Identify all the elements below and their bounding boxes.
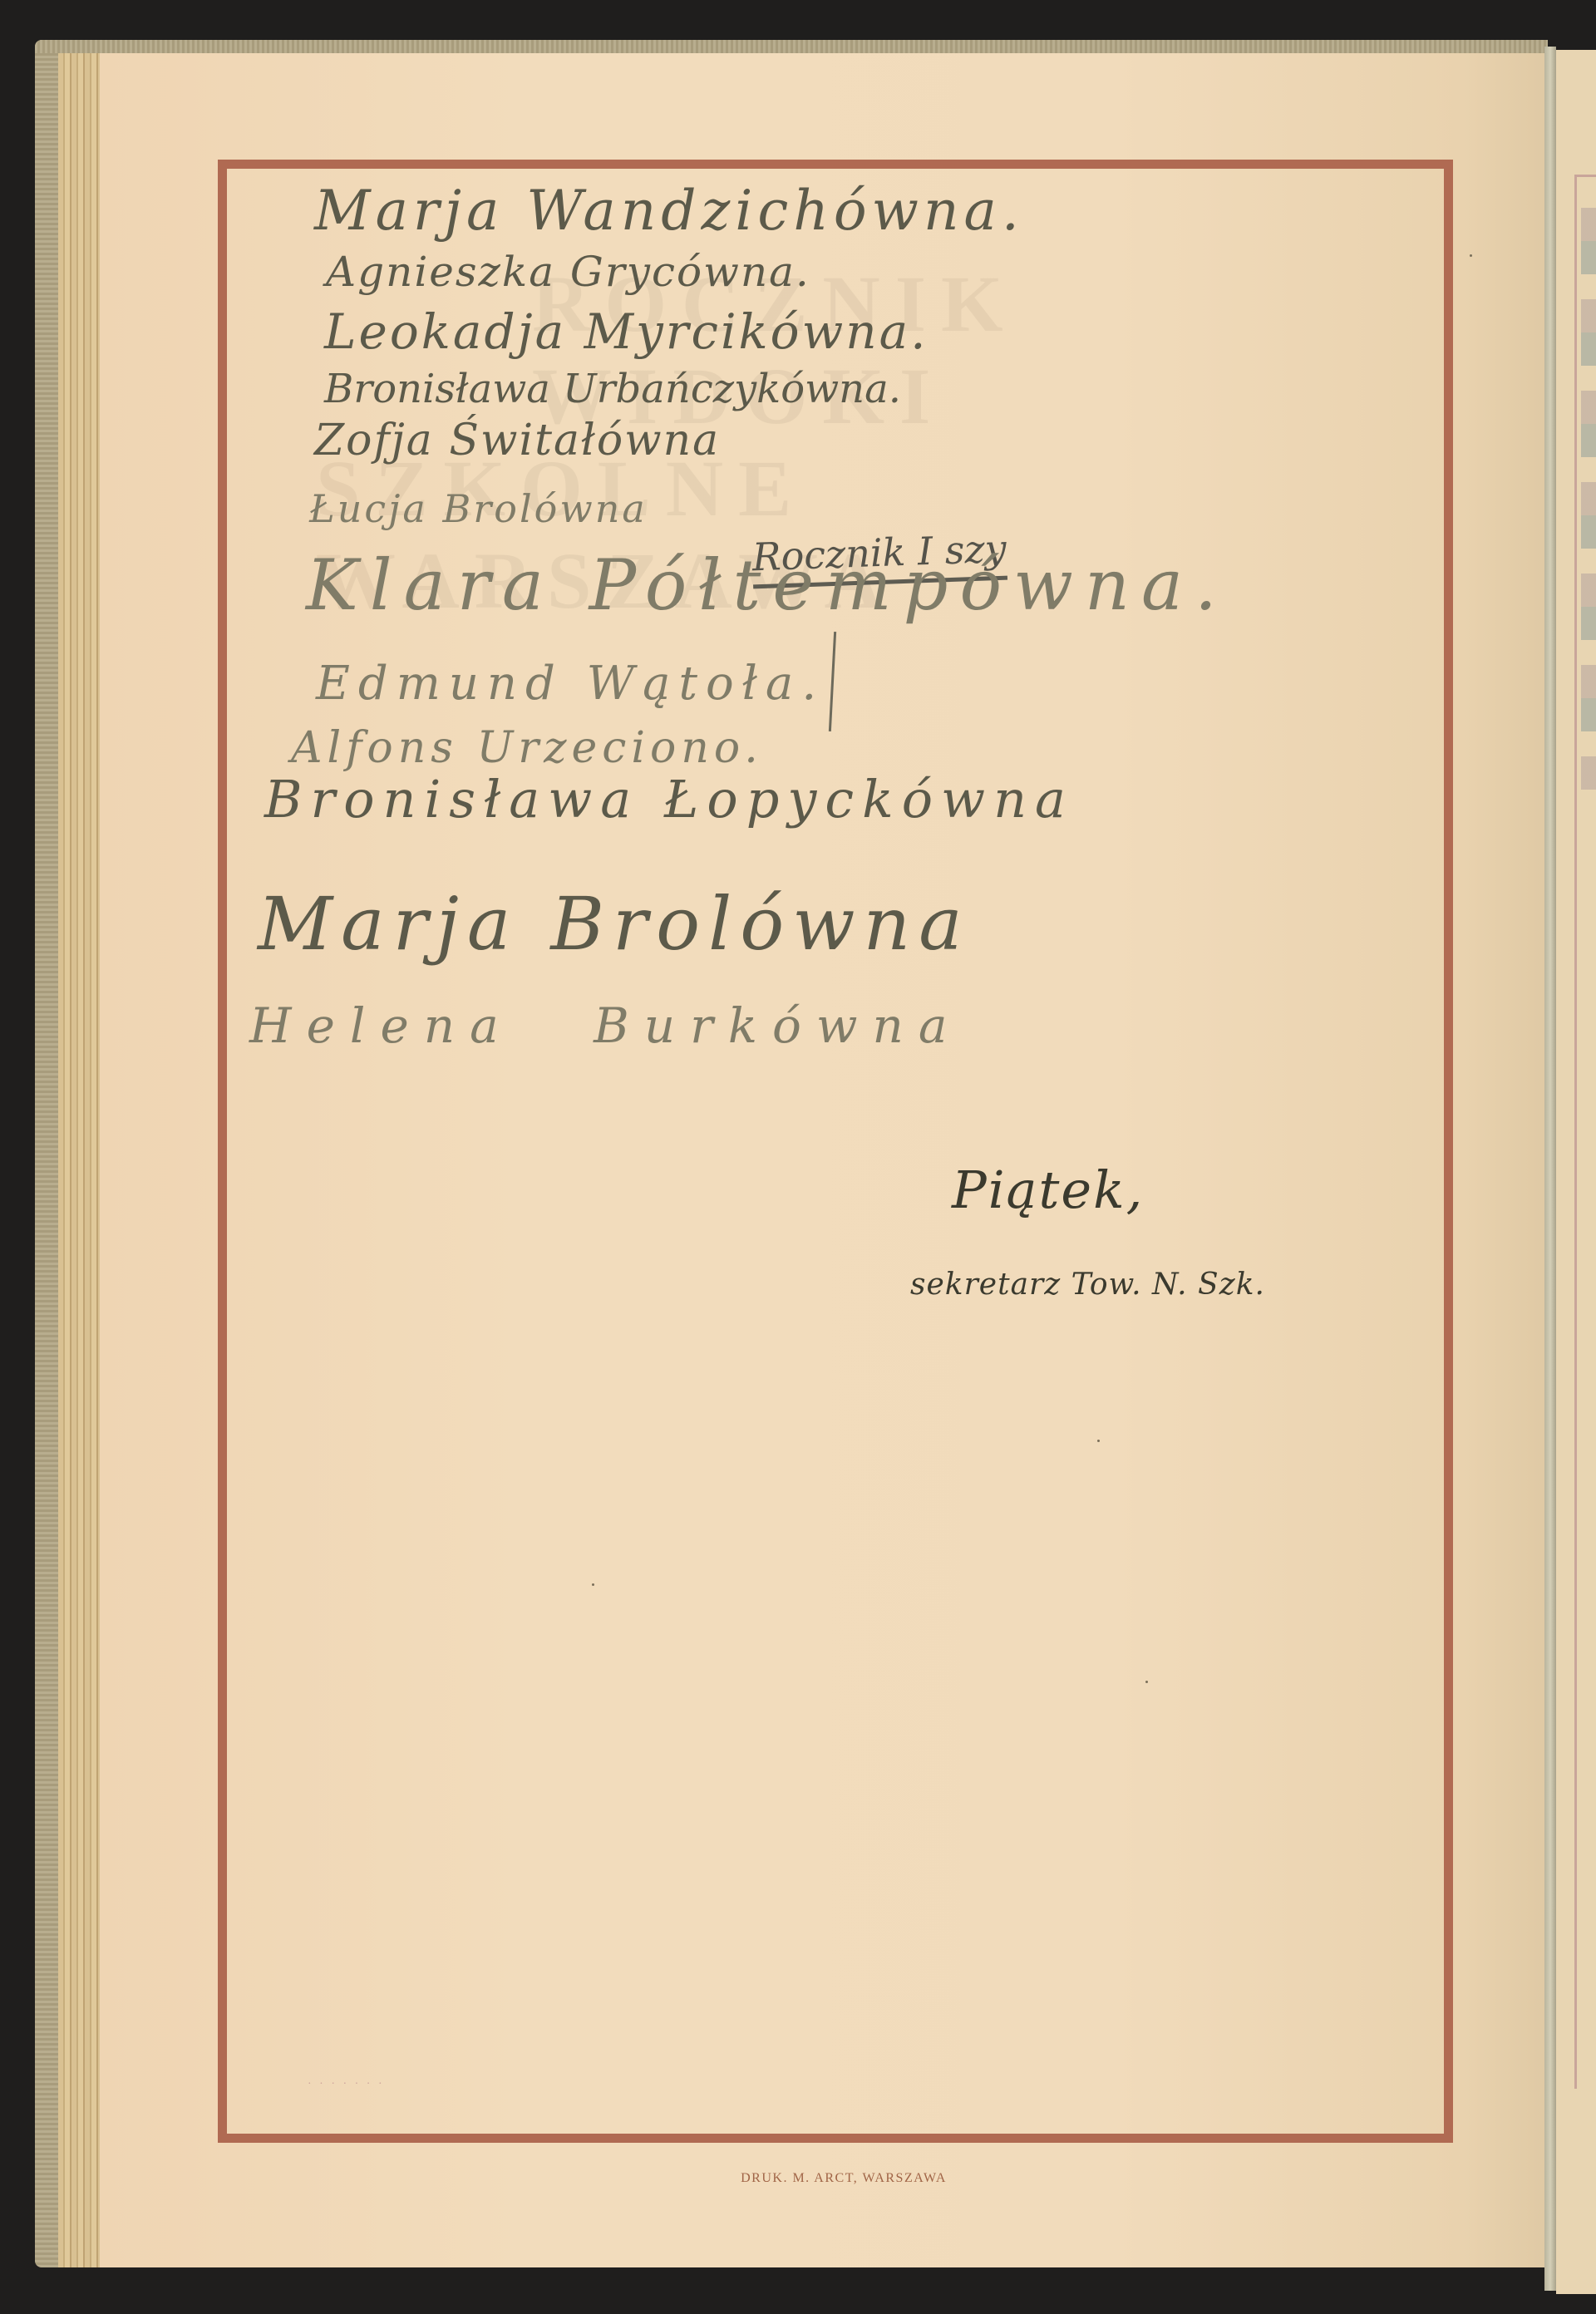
signature-line: Helena Burkówna — [249, 997, 963, 1054]
signature-line: Leokadja Myrcikówna. — [324, 303, 929, 360]
paper-speck — [1097, 1440, 1100, 1442]
page-stack-edges — [58, 53, 101, 2267]
adjacent-page — [1556, 50, 1596, 2294]
signature-line: Alfons Urzeciono. — [291, 723, 763, 773]
signature-line: Bronisława Urbańczykówna. — [324, 366, 901, 412]
signature-line: Zofja Świtałówna — [314, 416, 720, 465]
book-cover-top-edge — [35, 40, 1548, 53]
secretary-signature-name: Piątek, — [952, 1159, 1144, 1220]
signature-line: Bronisława Łopyckówna — [264, 769, 1074, 830]
paper-speck — [1145, 1681, 1148, 1683]
adjacent-page-ornament — [1581, 208, 1596, 790]
book-gutter — [1544, 47, 1556, 2291]
printer-imprint: DRUK. M. ARCT, WARSZAWA — [0, 2171, 1596, 2186]
signature-line: Klara Półtempówna. — [306, 544, 1229, 626]
book-cover-spine — [35, 40, 60, 2267]
signature-line: Agnieszka Gryców­na. — [326, 248, 810, 296]
secretary-signature-title: sekretarz Tow. N. Szk. — [910, 1268, 1265, 1302]
signature-line: Marja Brolówna — [258, 881, 971, 967]
signature-line: Łucja Brolówna — [309, 486, 648, 531]
faded-stamp: · · · · · · · — [308, 2078, 385, 2091]
paper-speck — [592, 1583, 594, 1586]
signature-line: Marja Wandzichówna. — [314, 179, 1024, 243]
paper-speck — [1470, 254, 1472, 257]
signature-line: Edmund Wątoła. — [316, 657, 825, 711]
